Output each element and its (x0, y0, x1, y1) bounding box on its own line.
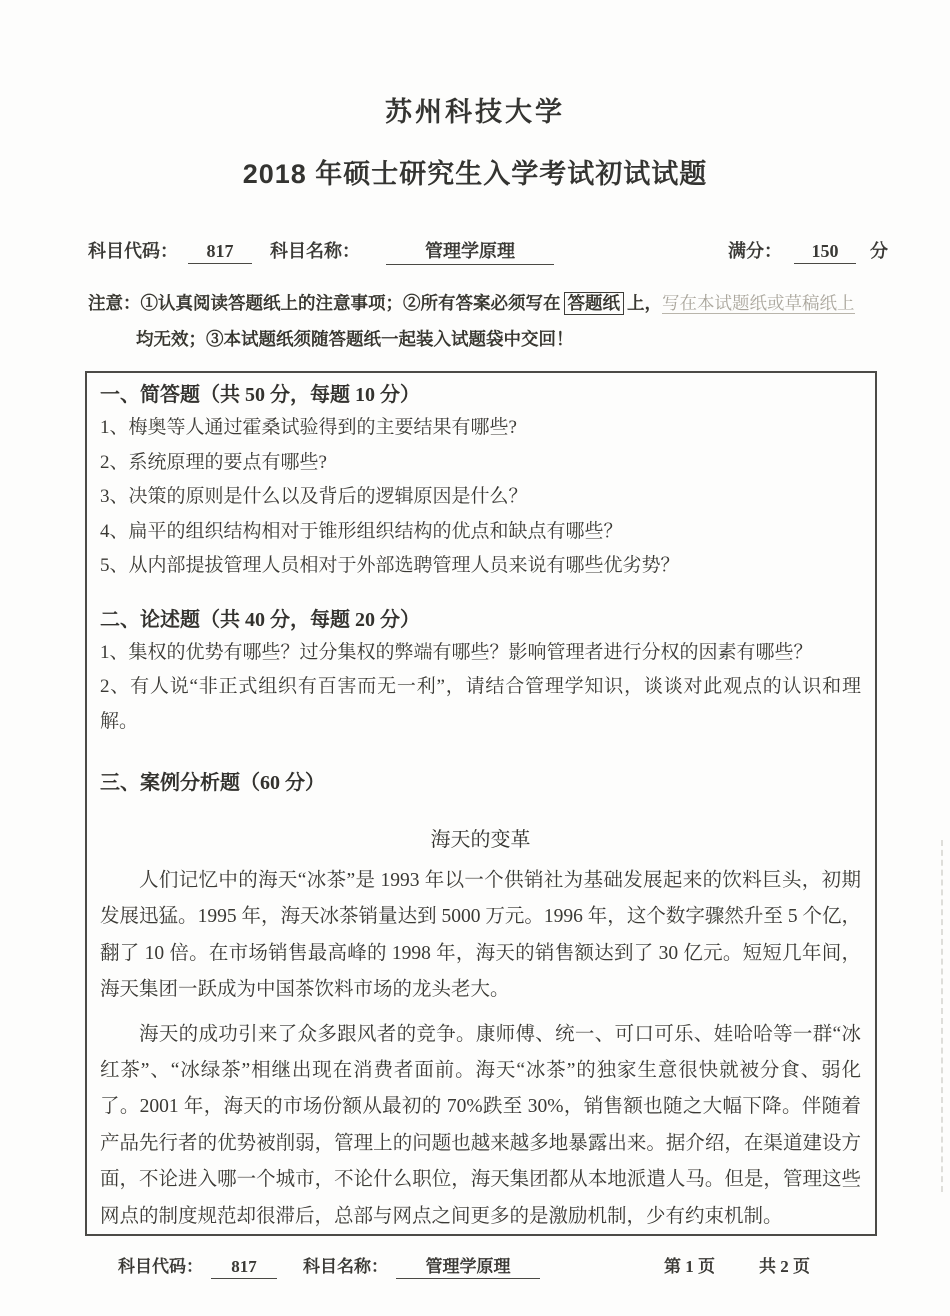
score-unit: 分 (870, 237, 888, 263)
notice-line-2: 均无效；③本试题纸须随答题纸一起装入试题袋中交回！ (88, 321, 892, 357)
subject-name-label: 科目名称： (270, 237, 360, 263)
section-1-heading: 一、简答题（共 50 分，每题 10 分） (100, 379, 861, 411)
full-score-value: 150 (794, 241, 856, 264)
section-3-heading: 三、案例分析题（60 分） (100, 767, 861, 799)
notice-segment-1: ①认真阅读答题纸上的注意事项；②所有答案必须写在 (141, 293, 561, 313)
subject-code-value: 817 (188, 241, 252, 264)
section-1-question-4: 4、扁平的组织结构相对于锥形组织结构的优点和缺点有哪些？ (100, 515, 861, 550)
page-footer: 科目代码： 817 科目名称： 管理学原理 第 1 页 共 2 页 (118, 1252, 810, 1279)
section-2-heading: 二、论述题（共 40 分，每题 20 分） (100, 604, 861, 636)
scan-artifact-line (941, 840, 943, 1192)
footer-subject-code-label: 科目代码： (118, 1252, 203, 1277)
notice-line-1: 注意：①认真阅读答题纸上的注意事项；②所有答案必须写在答题纸上，写在本试题纸或草… (88, 285, 892, 321)
exam-paper-page: 苏州科技大学 2018 年硕士研究生入学考试初试试题 科目代码： 817 科目名… (0, 0, 950, 1316)
section-1-question-1: 1、梅奥等人通过霍桑试验得到的主要结果有哪些? (100, 411, 861, 446)
questions-border-box: 一、简答题（共 50 分，每题 10 分） 1、梅奥等人通过霍桑试验得到的主要结… (85, 371, 877, 1236)
subject-meta-row: 科目代码： 817 科目名称： 管理学原理 满分： 150 分 (88, 237, 888, 265)
notice-label: 注意： (88, 293, 141, 313)
full-score-label: 满分： (728, 237, 782, 263)
section-1-question-2: 2、系统原理的要点有哪些? (100, 446, 861, 481)
footer-subject-name-label: 科目名称： (303, 1252, 388, 1277)
subject-name-value: 管理学原理 (386, 237, 554, 265)
footer-subject-code-value: 817 (211, 1257, 277, 1279)
section-2-question-2: 2、有人说“非正式组织有百害而无一利”，请结合管理学知识，谈谈对此观点的认识和理… (100, 670, 861, 739)
footer-page-number: 第 1 页 (664, 1252, 715, 1277)
notice-segment-2: 上， (627, 293, 662, 313)
footer-total-pages: 共 2 页 (759, 1252, 810, 1277)
section-2-question-1: 1、集权的优势有哪些？过分集权的弊端有哪些？影响管理者进行分权的因素有哪些？ (100, 636, 861, 671)
case-paragraph-2: 海天的成功引来了众多跟风者的竞争。康师傅、统一、可口可乐、娃哈哈等一群“冰红茶”… (100, 1017, 861, 1235)
exam-title: 2018 年硕士研究生入学考试初试试题 (0, 152, 950, 191)
notice-boxed-word: 答题纸 (564, 292, 625, 315)
footer-page-info: 第 1 页 共 2 页 (664, 1252, 810, 1277)
exam-notice: 注意：①认真阅读答题纸上的注意事项；②所有答案必须写在答题纸上，写在本试题纸或草… (88, 285, 892, 357)
section-1-question-3: 3、决策的原则是什么以及背后的逻辑原因是什么？ (100, 480, 861, 515)
case-study-title: 海天的变革 (100, 825, 861, 855)
case-paragraph-1: 人们记忆中的海天“冰茶”是 1993 年以一个供销社为基础发展起来的饮料巨头，初… (100, 863, 861, 1009)
subject-code-label: 科目代码： (88, 237, 178, 263)
footer-subject-name-value: 管理学原理 (396, 1252, 540, 1279)
university-title: 苏州科技大学 (0, 0, 950, 129)
notice-faded-text: 写在本试题纸或草稿纸上 (662, 293, 855, 314)
section-1-question-5: 5、从内部提拔管理人员相对于外部选聘管理人员来说有哪些优劣势？ (100, 549, 861, 584)
